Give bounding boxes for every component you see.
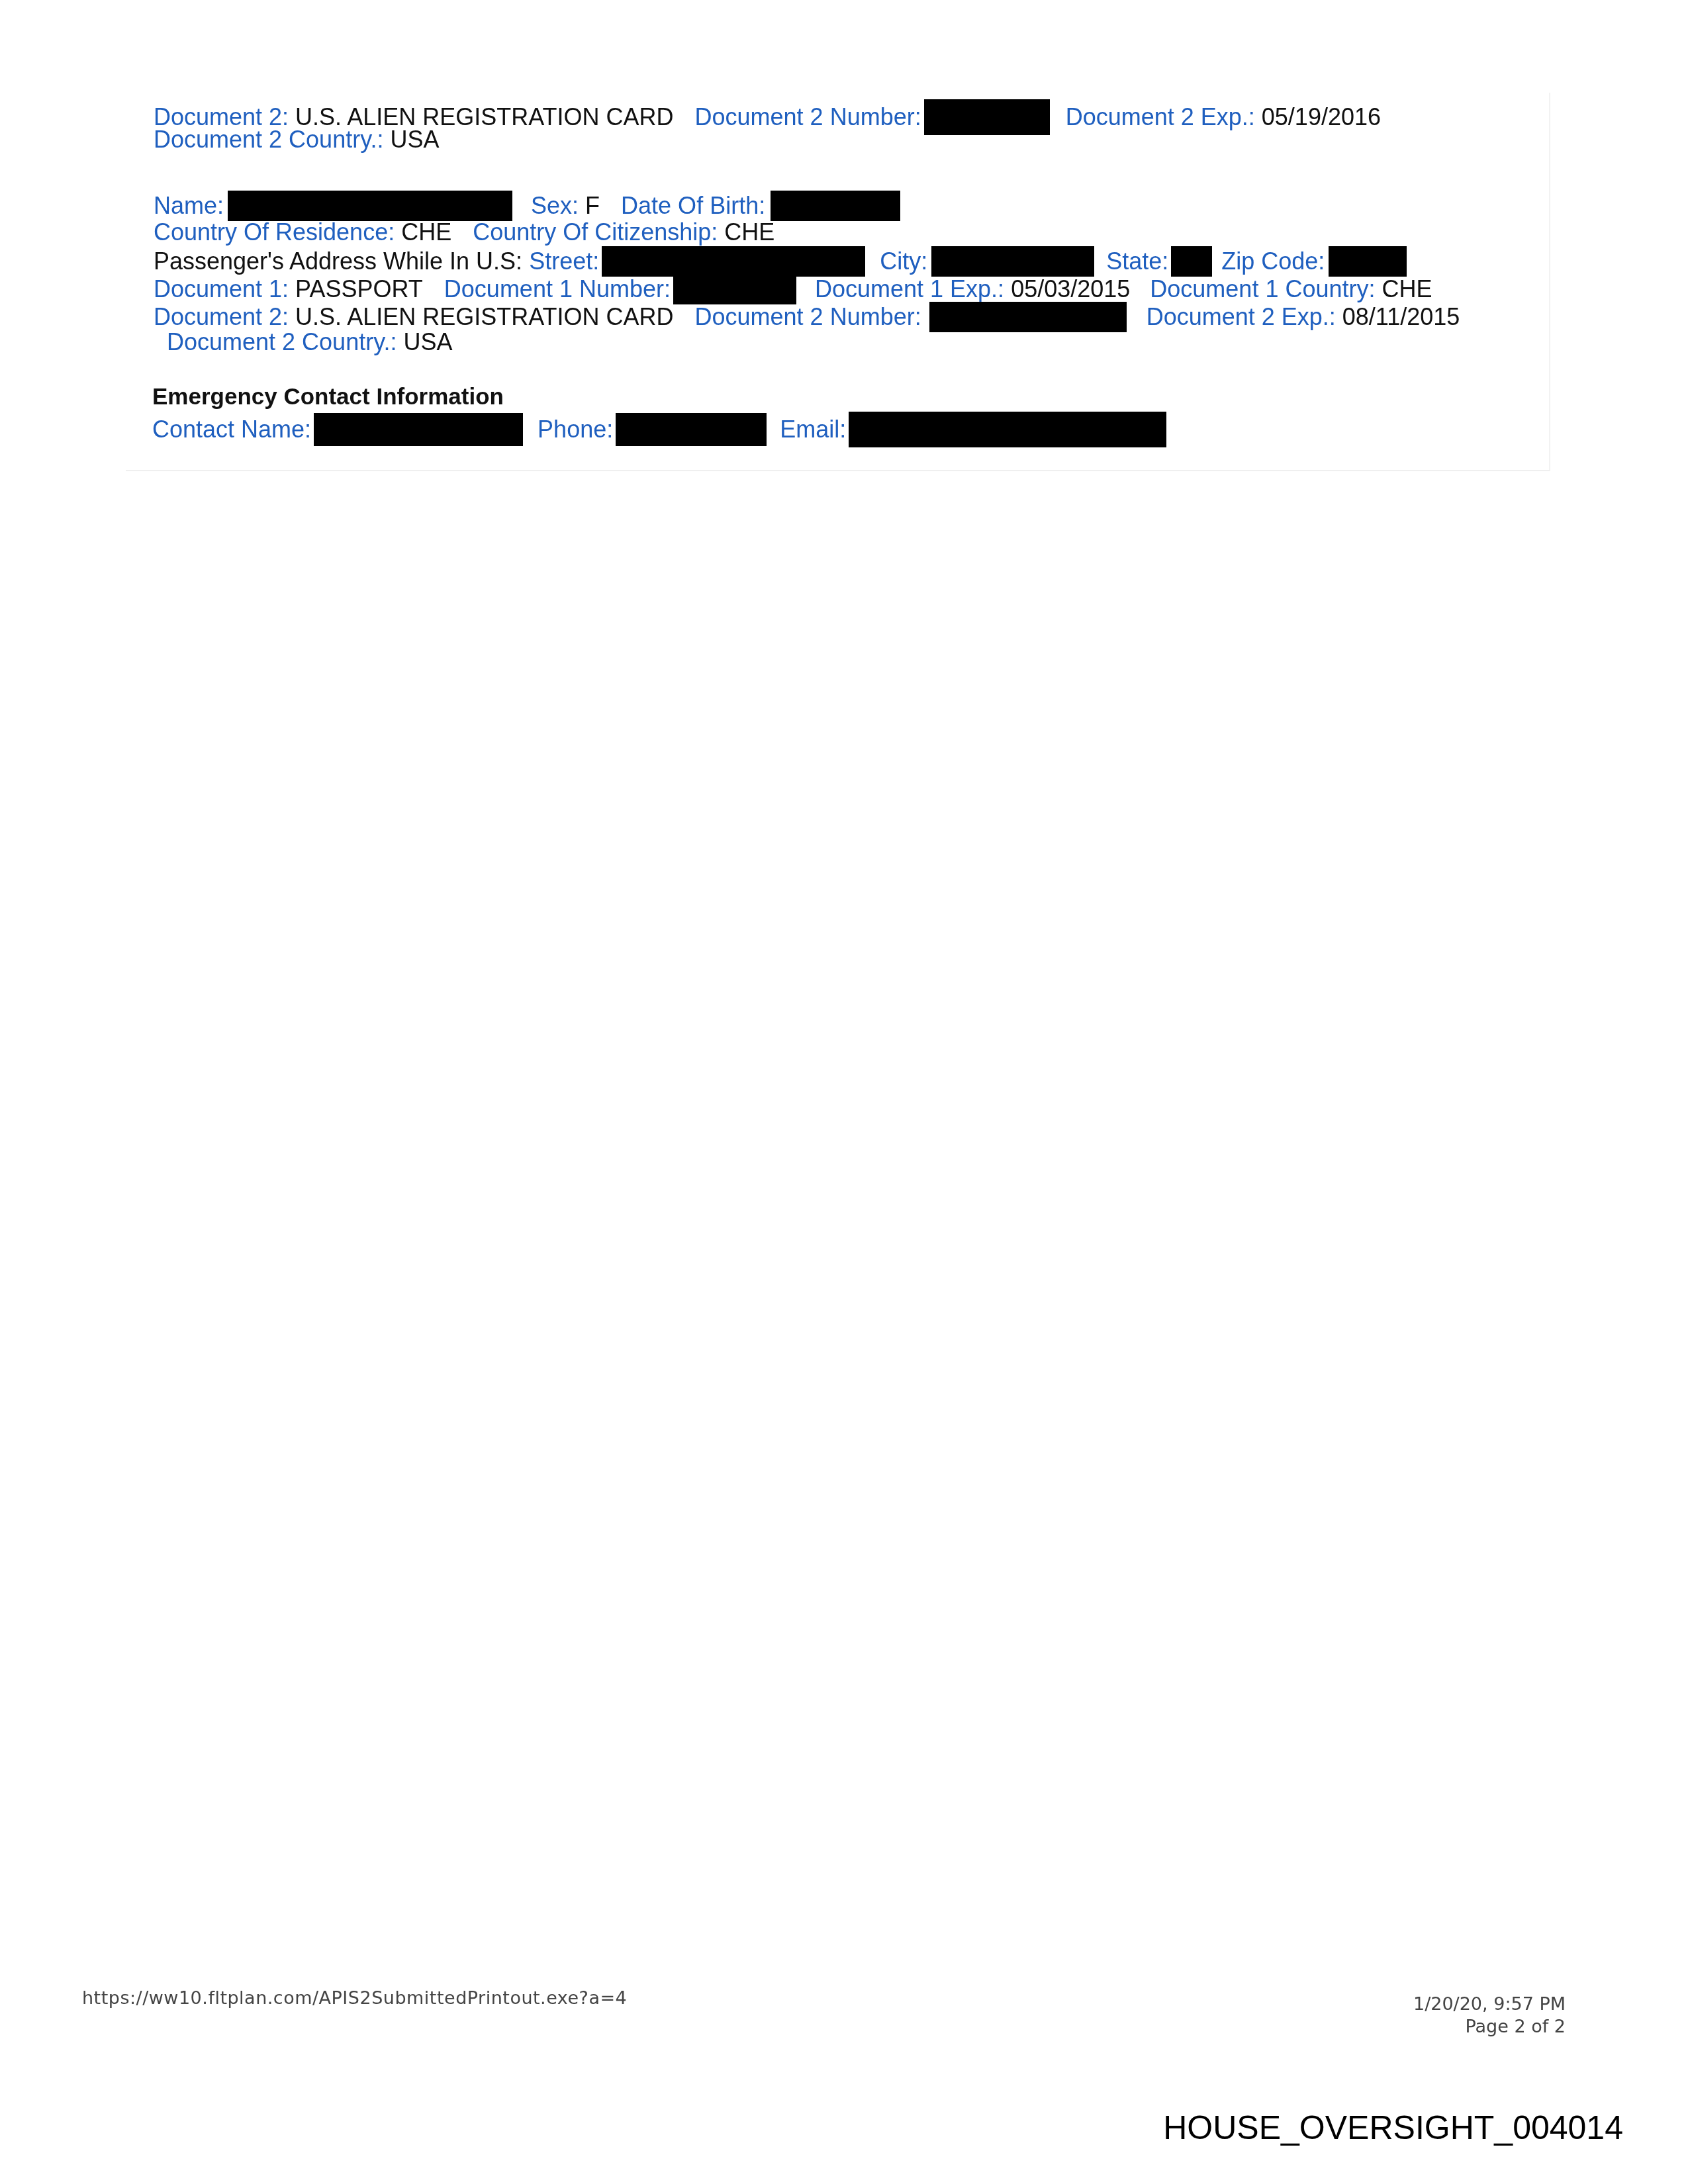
doc2-exp-value: 08/11/2015 (1342, 303, 1460, 331)
city-label: City: (880, 248, 927, 275)
page-number: Page 2 of 2 (1413, 2016, 1566, 2038)
doc1-exp-label: Document 1 Exp.: (815, 275, 1004, 303)
prev-doc2-country-value: USA (390, 126, 439, 154)
doc1-value: PASSPORT (295, 275, 423, 303)
address-intro: Passenger's Address While In U.S: (154, 248, 522, 275)
bates-number: HOUSE_OVERSIGHT_004014 (1163, 2109, 1623, 2147)
email-label: Email: (780, 416, 846, 443)
emergency-contact-row: Contact Name: Phone: Email: (152, 412, 1166, 447)
passenger-name-row: Name: Sex: F Date Of Birth: (154, 191, 900, 221)
prev-doc2-country-row: Document 2 Country.: USA (154, 126, 440, 154)
prev-doc2-exp-value: 05/19/2016 (1262, 103, 1381, 131)
redaction-block (1329, 246, 1407, 277)
name-label: Name: (154, 192, 224, 220)
dob-label: Date Of Birth: (621, 192, 765, 220)
doc2-value: U.S. ALIEN REGISTRATION CARD (295, 303, 673, 331)
residence-value: CHE (401, 218, 451, 246)
zip-label: Zip Code: (1221, 248, 1325, 275)
prev-doc2-country-label: Document 2 Country.: (154, 126, 383, 154)
doc2-exp-label: Document 2 Exp.: (1147, 303, 1336, 331)
redaction-block (602, 246, 865, 277)
phone-label: Phone: (538, 416, 613, 443)
country-row: Country Of Residence: CHE Country Of Cit… (154, 218, 774, 246)
state-label: State: (1106, 248, 1168, 275)
street-label: Street: (529, 248, 599, 275)
redaction-block (228, 191, 512, 221)
doc2-label: Document 2: (154, 303, 289, 331)
sex-label: Sex: (531, 192, 579, 220)
prev-doc2-number-label: Document 2 Number: (695, 103, 921, 131)
redaction-block (771, 191, 900, 221)
doc1-country-label: Document 1 Country: (1150, 275, 1375, 303)
doc2-country-row: Document 2 Country.: USA (167, 328, 453, 356)
doc1-country-value: CHE (1382, 275, 1432, 303)
contact-name-label: Contact Name: (152, 416, 311, 443)
doc2-country-value: USA (403, 328, 452, 356)
redaction-block (924, 99, 1050, 135)
print-meta: 1/20/20, 9:57 PM Page 2 of 2 (1413, 1993, 1566, 2038)
address-row: Passenger's Address While In U.S: Street… (154, 246, 1407, 277)
emergency-heading: Emergency Contact Information (152, 384, 504, 410)
citizenship-label: Country Of Citizenship: (473, 218, 718, 246)
redaction-block (1171, 246, 1212, 277)
doc2-country-label: Document 2 Country.: (167, 328, 397, 356)
redaction-block (616, 413, 767, 446)
print-url: https://ww10.fltplan.com/APIS2SubmittedP… (82, 1988, 627, 2009)
citizenship-value: CHE (724, 218, 774, 246)
sex-value: F (585, 192, 600, 220)
print-datetime: 1/20/20, 9:57 PM (1413, 1993, 1566, 2016)
doc1-row: Document 1: PASSPORT Document 1 Number: … (154, 274, 1432, 304)
redaction-block (314, 413, 523, 446)
redaction-block (849, 412, 1166, 447)
doc1-exp-value: 05/03/2015 (1011, 275, 1130, 303)
residence-label: Country Of Residence: (154, 218, 395, 246)
doc1-label: Document 1: (154, 275, 289, 303)
redaction-block (929, 302, 1127, 332)
redaction-block (673, 274, 796, 304)
doc1-number-label: Document 1 Number: (444, 275, 671, 303)
redaction-block (931, 246, 1094, 277)
doc2-number-label: Document 2 Number: (695, 303, 921, 331)
prev-doc2-exp-label: Document 2 Exp.: (1066, 103, 1255, 131)
